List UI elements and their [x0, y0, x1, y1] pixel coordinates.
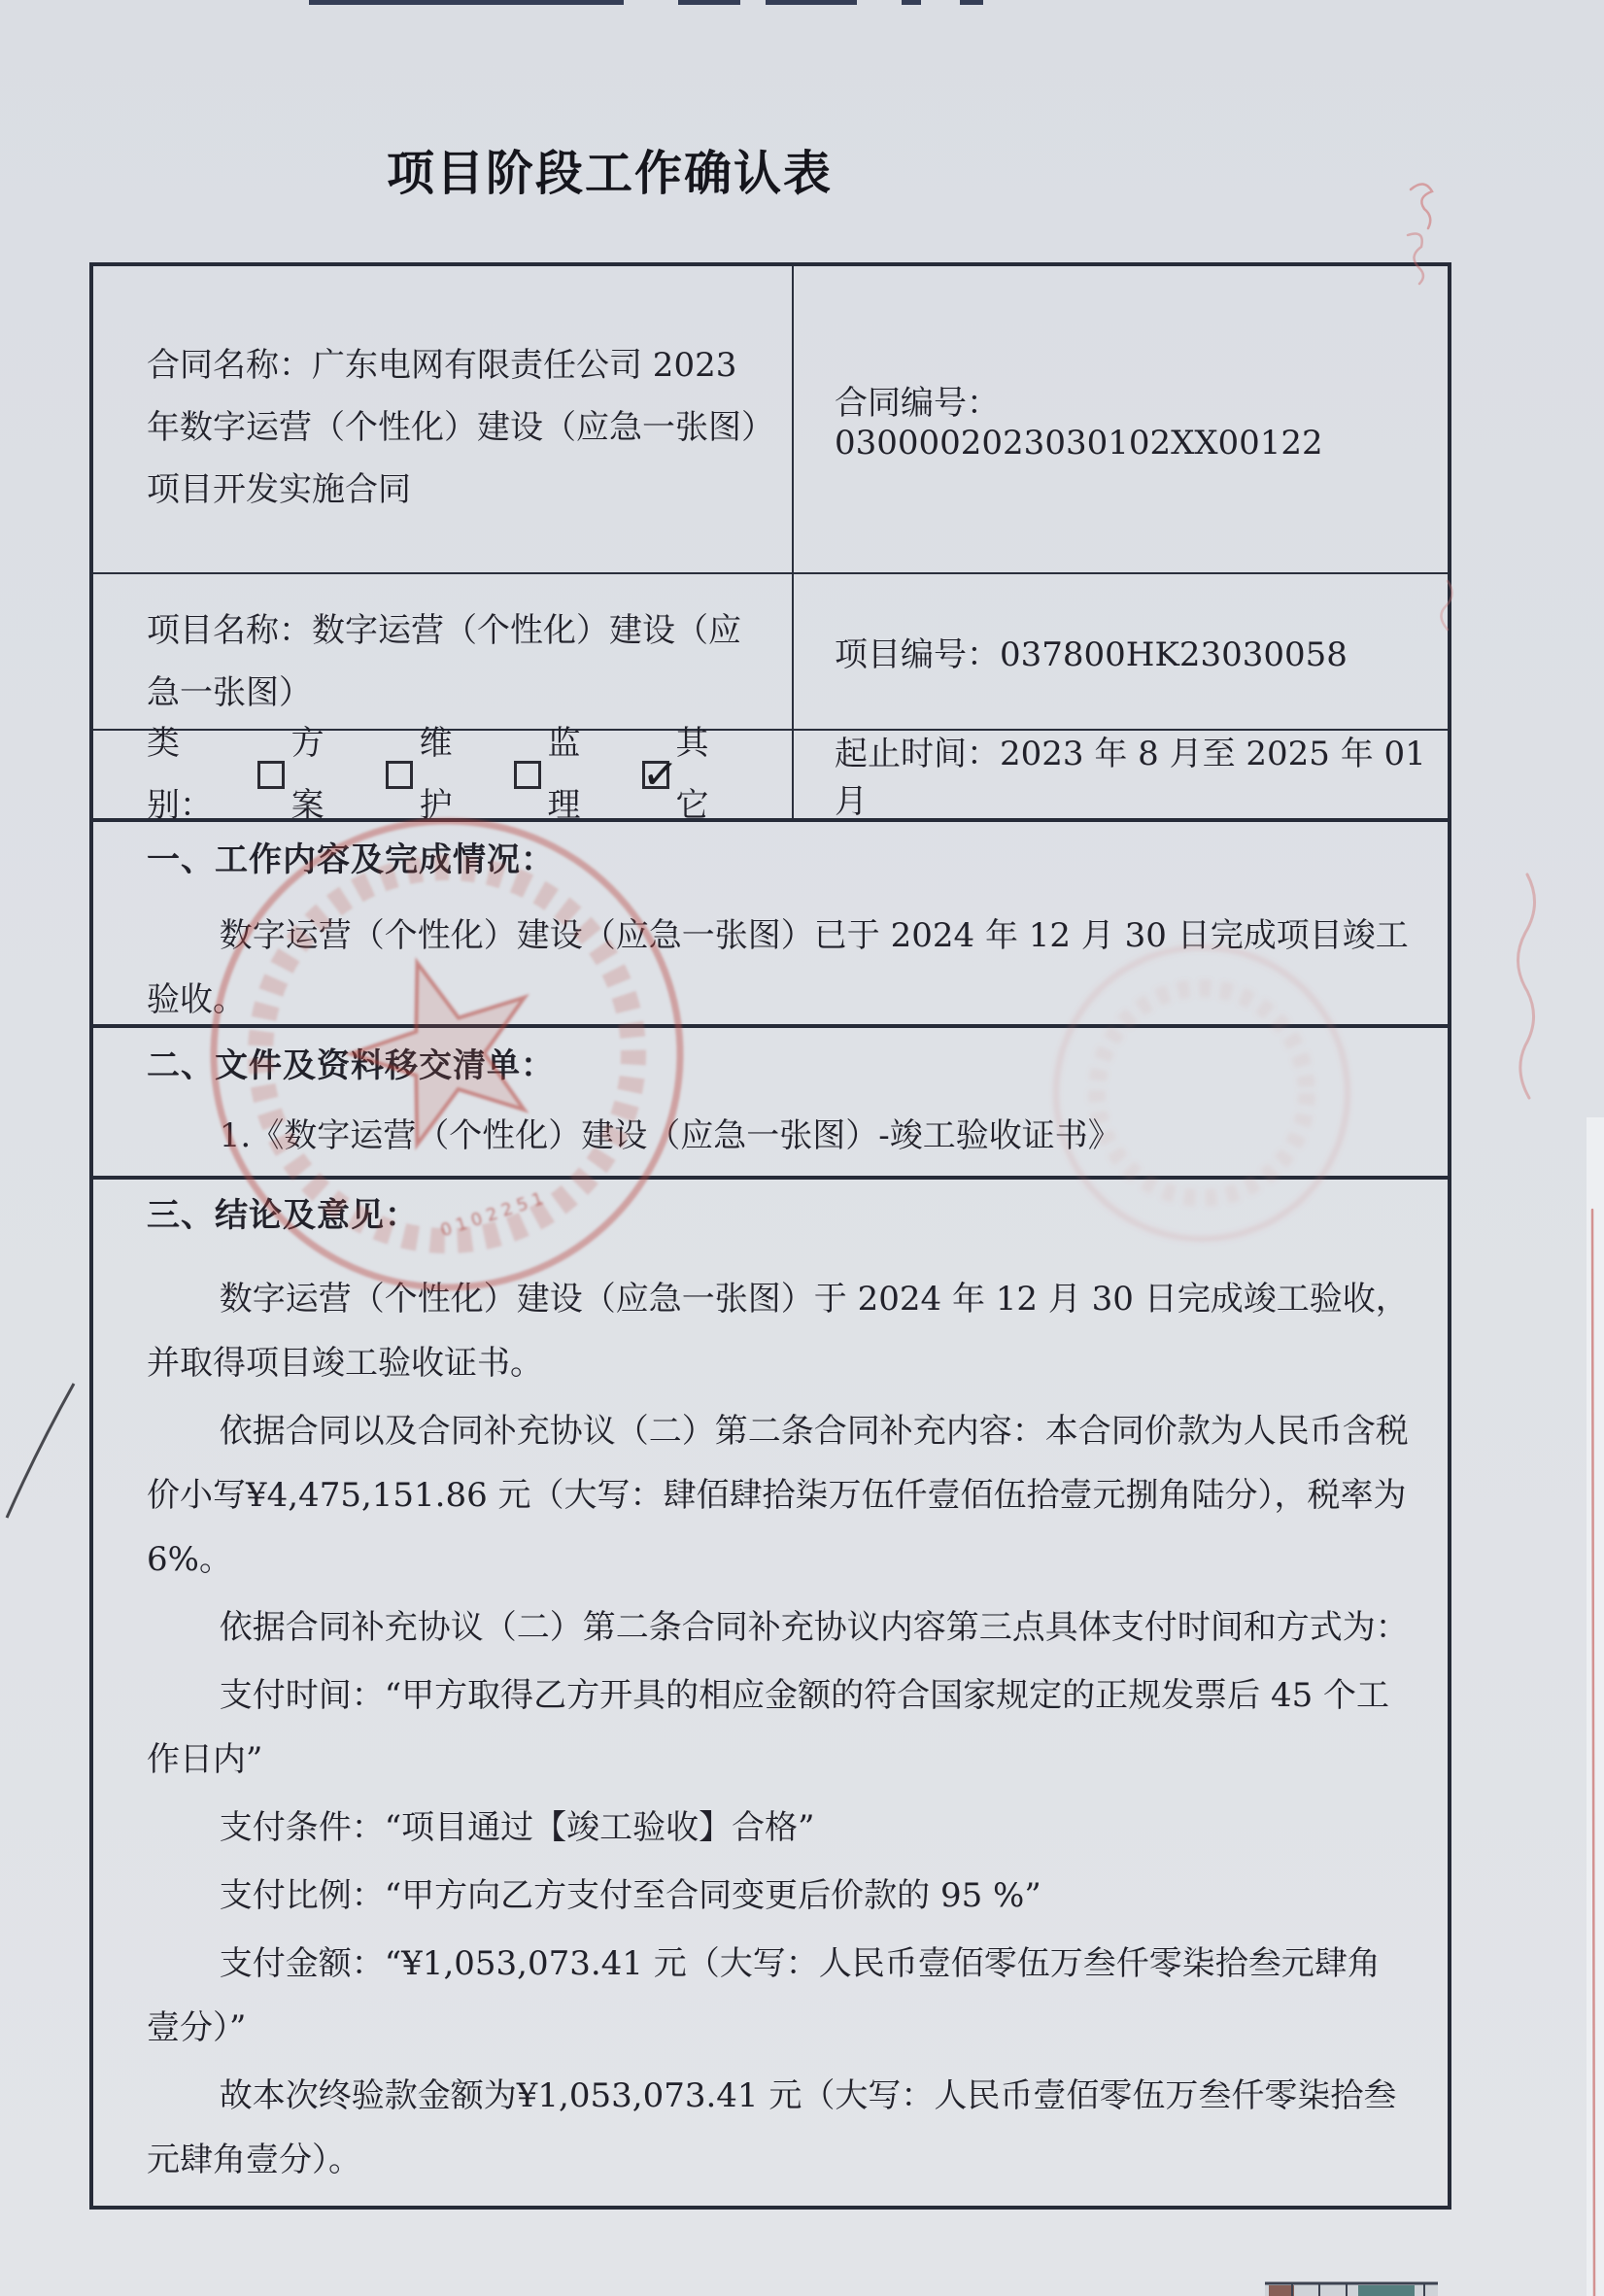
- section-paragraph: 支付金额：“¥1,053,073.41 元（大写：人民币壹佰零伍万叁仟零柒拾叁元…: [147, 1932, 1409, 2060]
- contract-name-cell: 合同名称：广东电网有限责任公司 2023 年数字运营（个性化）建设（应急一张图）…: [93, 266, 794, 572]
- scan-edge-artifact: [766, 0, 857, 5]
- duration-cell: 起止时间：2023 年 8 月至 2025 年 01 月: [794, 731, 1448, 818]
- category-label: 类别：: [147, 712, 240, 837]
- category-option-jianli: 监理: [514, 712, 609, 837]
- option-label: 维护: [420, 712, 482, 837]
- checkbox-icon: [386, 761, 412, 789]
- section-paragraph: 数字运营（个性化）建设（应急一张图）已于 2024 年 12 月 30 日完成项…: [147, 904, 1409, 1032]
- scan-edge-artifact: [960, 0, 983, 5]
- scan-edge-artifact: [678, 0, 740, 5]
- category-cell: 类别： 方案 维护 监理 ✓ 其它: [93, 731, 794, 818]
- confirmation-form-table: 合同名称：广东电网有限责任公司 2023 年数字运营（个性化）建设（应急一张图）…: [89, 262, 1451, 2210]
- category-option-weihu: 维护: [386, 712, 481, 837]
- section-heading: 三、结论及意见：: [147, 1193, 1409, 1238]
- category-option-qita: ✓ 其它: [642, 712, 737, 837]
- scan-edge-artifact: [309, 0, 624, 5]
- handover-item: 1.《数字运营（个性化）建设（应急一张图）-竣工验收证书》: [147, 1104, 1409, 1168]
- section-paragraph: 依据合同补充协议（二）第二条合同补充协议内容第三点具体支付时间和方式为：: [147, 1595, 1409, 1660]
- category-options: 类别： 方案 维护 监理 ✓ 其它: [147, 712, 770, 837]
- table-row: 项目名称：数字运营（个性化）建设（应急一张图） 项目编号：037800HK230…: [93, 574, 1448, 731]
- section-paragraph: 故本次终验款金额为¥1,053,073.41 元（大写：人民币壹佰零伍万叁仟零柒…: [147, 2064, 1409, 2192]
- project-no-cell: 项目编号：037800HK23030058: [794, 574, 1448, 729]
- table-row: 合同名称：广东电网有限责任公司 2023 年数字运营（个性化）建设（应急一张图）…: [93, 266, 1448, 574]
- section-heading: 二、文件及资料移交清单：: [147, 1044, 1409, 1088]
- scanned-document-page: 项目阶段工作确认表 合同名称：广东电网有限责任公司 2023 年数字运营（个性化…: [0, 0, 1604, 2296]
- page-title: 项目阶段工作确认表: [387, 136, 833, 204]
- section-paragraph: 数字运营（个性化）建设（应急一张图）于 2024 年 12 月 30 日完成竣工…: [147, 1267, 1409, 1395]
- option-label: 监理: [548, 712, 610, 837]
- section-paragraph: 支付比例：“甲方向乙方支付至合同变更后价款的 95 %”: [147, 1864, 1409, 1928]
- checkmark-icon: ✓: [639, 742, 681, 808]
- section-paragraph: 依据合同以及合同补充协议（二）第二条合同补充内容：本合同价款为人民币含税价小写¥…: [147, 1399, 1409, 1592]
- section-handover-list: 二、文件及资料移交清单： 1.《数字运营（个性化）建设（应急一张图）-竣工验收证…: [93, 1028, 1448, 1180]
- section-work-content: 一、工作内容及完成情况： 数字运营（个性化）建设（应急一张图）已于 2024 年…: [93, 822, 1448, 1028]
- scan-edge-artifact: [902, 0, 921, 5]
- checkbox-checked-icon: ✓: [642, 761, 668, 789]
- section-paragraph: 支付时间：“甲方取得乙方开具的相应金额的符合国家规定的正规发票后 45 个工作日…: [147, 1663, 1409, 1792]
- table-row: 类别： 方案 维护 监理 ✓ 其它: [93, 731, 1448, 822]
- option-label: 其它: [676, 712, 738, 837]
- section-conclusion: 三、结论及意见： 数字运营（个性化）建设（应急一张图）于 2024 年 12 月…: [93, 1180, 1448, 2206]
- pen-stroke-artifact: [7, 1384, 74, 1518]
- category-option-fangan: 方案: [257, 712, 353, 837]
- section-heading: 一、工作内容及完成情况：: [147, 838, 1409, 882]
- next-page-fragment: [1265, 2282, 1438, 2296]
- scan-edge-artifact: [1587, 1117, 1604, 2296]
- checkbox-icon: [257, 761, 284, 789]
- option-label: 方案: [291, 712, 354, 837]
- section-paragraph: 支付条件：“项目通过【竣工验收】合格”: [147, 1796, 1409, 1860]
- contract-no-cell: 合同编号：0300002023030102XX00122: [794, 266, 1448, 572]
- checkbox-icon: [514, 761, 540, 789]
- project-name-cell: 项目名称：数字运营（个性化）建设（应急一张图）: [93, 574, 794, 729]
